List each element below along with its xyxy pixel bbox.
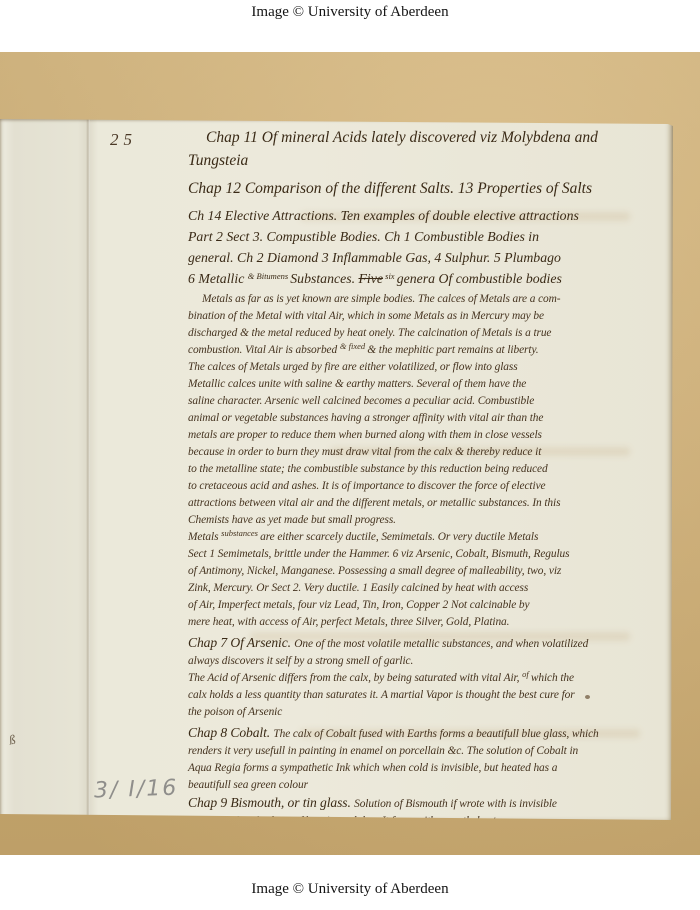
manuscript-line: Metals substances are either scarcely du… [188,529,671,546]
manuscript-line: metals are proper to reduce them when bu… [188,427,671,444]
manuscript-line: Zink, Mercury. Or Sect 2. Very ductile. … [188,580,671,597]
manuscript-line: because in order to burn they must draw … [188,444,671,461]
manuscript-line: saline character. Arsenic well calcined … [188,393,671,410]
manuscript-line: to cretaceous acid and ashes. It is of i… [188,478,671,495]
manuscript-line: animal or vegetable substances having a … [188,410,671,427]
manuscript-line: till exposed to the fume of burning sulp… [188,813,671,830]
manuscript-line: Metallic calces unite with saline & eart… [188,376,671,393]
manuscript-line: of Antimony, Nickel, Manganese. Possessi… [188,563,671,580]
manuscript-line: Aqua Regia forms a sympathetic Ink which… [188,760,671,777]
manuscript-line: attractions between vital air and the di… [188,495,671,512]
manuscript-line: Chap 9 Bismouth, or tin glass. Solution … [188,794,671,813]
manuscript-line: Ch 14 Elective Attractions. Ten examples… [188,205,671,226]
manuscript-text: Chap 11 Of mineral Acids lately discover… [188,126,671,830]
manuscript-paper: 25 ß 3/ I/16 Chap 11 Of mineral Acids la… [0,117,673,825]
manuscript-line: to the metalline state; the combustible … [188,461,671,478]
manuscript-line: discharged & the metal reduced by heat o… [188,325,671,342]
page-root: Image © University of Aberdeen 25 ß 3/ I… [0,0,700,910]
margin-mark: ß [7,731,17,748]
manuscript-scan: 25 ß 3/ I/16 Chap 11 Of mineral Acids la… [0,52,700,855]
manuscript-line: Metals as far as is yet known are simple… [188,291,671,308]
manuscript-line: Sect 1 Semimetals, brittle under the Ham… [188,546,671,563]
manuscript-line: Chap 7 Of Arsenic. One of the most volat… [188,634,671,653]
credit-top: Image © University of Aberdeen [0,4,700,21]
manuscript-line: Chemists have as yet made but small prog… [188,512,671,529]
manuscript-line: Chap 8 Cobalt. The calx of Cobalt fused … [188,724,671,743]
manuscript-line: combustion. Vital Air is absorbed & fixe… [188,342,671,359]
manuscript-line: The calces of Metals urged by fire are e… [188,359,671,376]
manuscript-line: the poison of Arsenic [188,704,671,721]
manuscript-line: Chap 12 Comparison of the different Salt… [188,177,671,200]
manuscript-line: beautifull sea green colour [188,777,671,794]
manuscript-line: calx holds a less quantity than saturate… [188,687,671,704]
manuscript-line: bination of the Metal with vital Air, wh… [188,308,671,325]
manuscript-line: renders it very usefull in painting in e… [188,743,671,760]
manuscript-line: general. Ch 2 Diamond 3 Inflammable Gas,… [188,247,671,268]
fold-crease [86,117,90,825]
credit-bottom: Image © University of Aberdeen [0,881,700,898]
manuscript-line: 6 Metallic & Bitumens Substances. Five s… [188,268,671,291]
manuscript-line: Part 2 Sect 3. Compustible Bodies. Ch 1 … [188,226,671,247]
manuscript-line: of Air, Imperfect metals, four viz Lead,… [188,597,671,614]
page-number: 25 [110,130,137,150]
shelfmark-pencil: 3/ I/16 [94,776,179,804]
manuscript-line: mere heat, with access of Air, perfect M… [188,614,671,631]
manuscript-line: Chap 11 Of mineral Acids lately discover… [188,126,671,149]
manuscript-line: always discovers it self by a strong sme… [188,653,671,670]
manuscript-line: Tungsteia [188,149,671,172]
manuscript-line: The Acid of Arsenic differs from the cal… [188,670,671,687]
